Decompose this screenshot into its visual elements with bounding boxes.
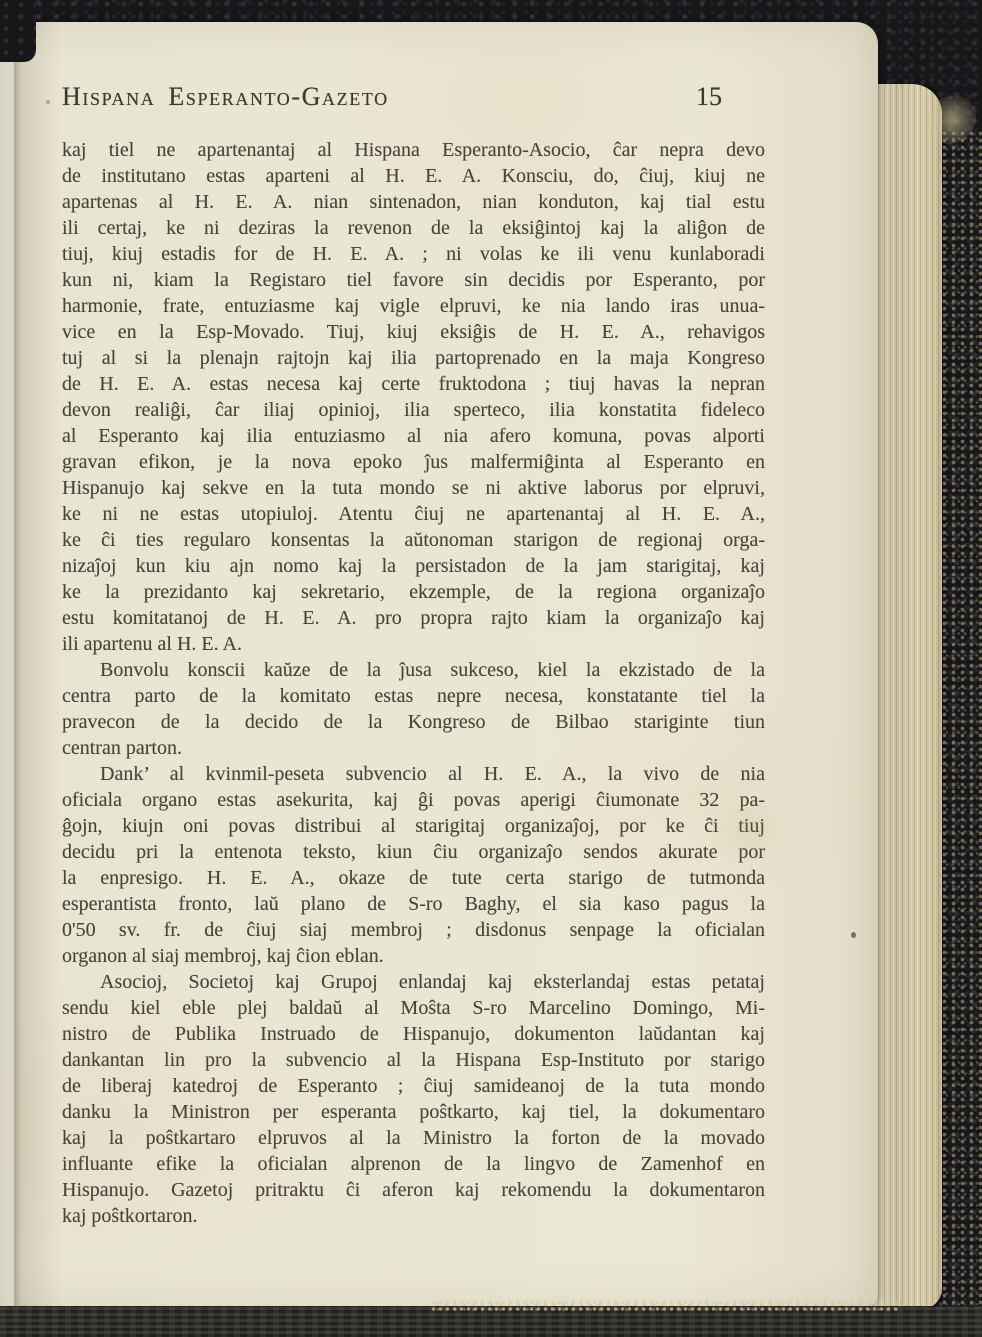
body-text: kaj tiel ne apartenantaj al Hispana Espe…: [62, 137, 765, 1229]
page-header: Hispana Esperanto-Gazeto 15: [62, 22, 765, 112]
text-line: ke ni ne estas utopiuloj. Atentu ĉiuj ne…: [62, 501, 765, 527]
page-number: 15: [696, 82, 722, 112]
text-line: centra parto de la komitato estas nepre …: [62, 683, 765, 709]
page-title: Hispana Esperanto-Gazeto: [62, 82, 389, 112]
text-line: oficiala organo estas asekurita, kaj ĝi …: [62, 787, 765, 813]
text-line: vice en la Esp-Movado. Tiuj, kiuj eksiĝi…: [62, 319, 765, 345]
text-line: de H. E. A. estas necesa kaj certe frukt…: [62, 371, 765, 397]
text-line: kaj la poŝtkartaro elpruvos al la Minist…: [62, 1125, 765, 1151]
text-line: esperantista fronto, laŭ plano de S-ro B…: [62, 891, 765, 917]
text-line: ke la prezidanto kaj sekretario, ekzempl…: [62, 579, 765, 605]
text-line: ke ĉi ties regularo konsentas la aŭtonom…: [62, 527, 765, 553]
text-line: organon al siaj membroj, kaj ĉion eblan.: [62, 943, 765, 969]
text-line: influante efike la oficialan alprenon de…: [62, 1151, 765, 1177]
text-line: decidu pri la entenota teksto, kiun ĉiu …: [62, 839, 765, 865]
text-line: Hispanujo kaj sekve en la tuta mondo se …: [62, 475, 765, 501]
text-line: estu komitatanoj de H. E. A. pro propra …: [62, 605, 765, 631]
text-line: la enpresigo. H. E. A., okaze de tute ce…: [62, 865, 765, 891]
cover-worn-texture: [940, 130, 982, 1305]
text-line: de liberaj katedroj de Esperanto ; ĉiuj …: [62, 1073, 765, 1099]
paper-speck: [46, 100, 50, 104]
text-line: de institutano estas aparteni al H. E. A…: [62, 163, 765, 189]
scanned-page: Hispana Esperanto-Gazeto 15 kaj tiel ne …: [0, 22, 878, 1308]
text-line: danku la Ministron per esperanta poŝtkar…: [62, 1099, 765, 1125]
text-line: kaj tiel ne apartenantaj al Hispana Espe…: [62, 137, 765, 163]
text-line: Bonvolu konscii kaŭze de la ĵusa sukceso…: [62, 657, 765, 683]
text-line: pravecon de la decido de la Kongreso de …: [62, 709, 765, 735]
text-line: nistro de Publika Instruado de Hispanujo…: [62, 1021, 765, 1047]
text-line: apartenas al H. E. A. nian sintenadon, n…: [62, 189, 765, 215]
text-line: Hispanujo. Gazetoj pritraktu ĉi aferon k…: [62, 1177, 765, 1203]
text-line: ili apartenu al H. E. A.: [62, 631, 765, 657]
text-line: ĝojn, kiujn oni povas distribui al stari…: [62, 813, 765, 839]
text-line: sendu kiel eble plej baldaŭ al Moŝta S-r…: [62, 995, 765, 1021]
text-line: tiuj, kiuj estadis for de H. E. A. ; ni …: [62, 241, 765, 267]
text-line: ili certaj, ke ni deziras la revenon de …: [62, 215, 765, 241]
text-line: dankantan lin pro la subvencio al la His…: [62, 1047, 765, 1073]
paper-speck: [851, 932, 856, 938]
paper-stain: [700, 802, 790, 862]
bottom-edge-speckle: [430, 1300, 900, 1312]
text-line: al Esperanto kaj ilia entuziasmo al nia …: [62, 423, 765, 449]
text-line: Dank’ al kvinmil-peseta subvencio al H. …: [62, 761, 765, 787]
text-line: kaj poŝtkortaron.: [62, 1203, 765, 1229]
text-line: tuj al si la plenajn rajtojn kaj ilia pa…: [62, 345, 765, 371]
text-line: centran parton.: [62, 735, 765, 761]
text-line: kun ni, kiam la Registaro tiel favore si…: [62, 267, 765, 293]
book-scan: Hispana Esperanto-Gazeto 15 kaj tiel ne …: [0, 0, 982, 1337]
text-line: nizaĵoj kun kiu ajn nomo kaj la persista…: [62, 553, 765, 579]
text-line: devon realiĝi, ĉar iliaj opinioj, ilia s…: [62, 397, 765, 423]
text-line: Asocioj, Societoj kaj Grupoj enlandaj ka…: [62, 969, 765, 995]
cover-corner-wedge: [0, 0, 36, 62]
page-gutter-shadow: [0, 22, 70, 1308]
text-line: harmonie, frate, entuziasme kaj vigle el…: [62, 293, 765, 319]
text-line: gravan efikon, je la nova epoko ĵus malf…: [62, 449, 765, 475]
text-line: 0'50 sv. fr. de ĉiuj siaj membroj ; disd…: [62, 917, 765, 943]
